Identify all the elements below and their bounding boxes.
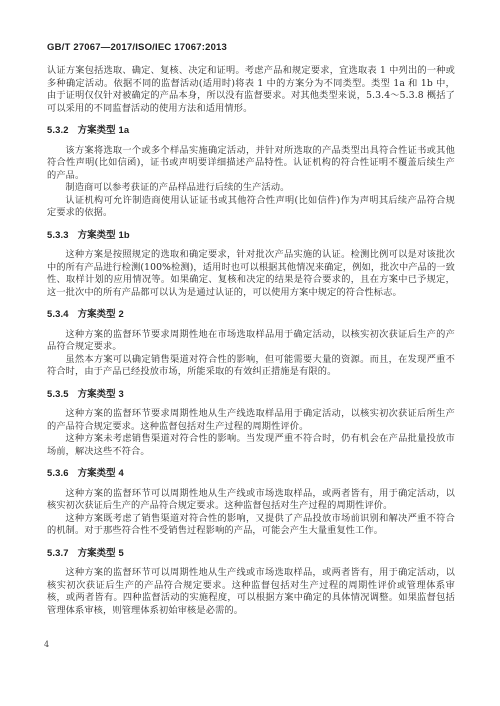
body-paragraph: 认证方案包括选取、确定、复核、决定和证明。考虑产品和规定要求，宜选取表 1 中列… (47, 65, 455, 115)
section-title: 方案类型 4 (78, 467, 124, 478)
body-paragraph: 这种方案的监督环节要求周期性地在市场选取样品用于确定活动，以核实初次获证后生产的… (47, 329, 455, 354)
section-number: 5.3.7 (47, 547, 69, 558)
section-number: 5.3.3 (47, 229, 69, 240)
section-number: 5.3.2 (47, 124, 69, 135)
body-paragraph: 这种方案既考虑了销售渠道对符合性的影响，又提供了产品投放市场前识别和解决严重不符… (47, 513, 455, 538)
section-title: 方案类型 2 (78, 308, 124, 319)
section-heading: 5.3.5方案类型 3 (47, 388, 455, 401)
section-heading: 5.3.7方案类型 5 (47, 547, 455, 560)
body-paragraph: 这种方案的监督环节可以周期性地从生产线或市场选取样品，或两者皆有，用于确定活动，… (47, 567, 455, 617)
section-title: 方案类型 3 (78, 388, 124, 399)
body-paragraph: 制造商可以参考获证的产品样品进行后续的生产活动。 (47, 182, 455, 195)
body-paragraph: 这种方案未考虑销售渠道对符合性的影响。当发现严重不符合时，仍有机会在产品批量投放… (47, 433, 455, 458)
body-paragraph: 虽然本方案可以确定销售渠道对符合性的影响，但可能需要大量的资源。而且，在发现严重… (47, 354, 455, 379)
page-number: 4 (44, 640, 49, 649)
section-heading: 5.3.2方案类型 1a (47, 124, 455, 137)
section-title: 方案类型 1b (78, 229, 130, 240)
section-title: 方案类型 5 (78, 547, 124, 558)
section-number: 5.3.6 (47, 467, 69, 478)
body-paragraph: 这种方案的监督环节要求周期性地从生产线选取样品用于确定活动，以核实初次获证后所生… (47, 408, 455, 433)
body-paragraph: 认证机构可允许制造商使用认证证书或其他符合性声明(比如信件)作为声明其后续产品符… (47, 195, 455, 220)
body-paragraph: 这种方案是按照规定的选取和确定要求，针对批次产品实施的认证。检测比例可以是对该批… (47, 249, 455, 299)
section-heading: 5.3.4方案类型 2 (47, 308, 455, 321)
standard-number-header: GB/T 27067—2017/ISO/IEC 17067:2013 (47, 42, 455, 53)
section-heading: 5.3.6方案类型 4 (47, 467, 455, 480)
section-heading: 5.3.3方案类型 1b (47, 229, 455, 242)
document-body: 认证方案包括选取、确定、复核、决定和证明。考虑产品和规定要求，宜选取表 1 中列… (47, 65, 455, 617)
section-number: 5.3.5 (47, 388, 69, 399)
body-paragraph: 这种方案的监督环节可以周期性地从生产线或市场选取样品，或两者皆有，用于确定活动，… (47, 488, 455, 513)
body-paragraph: 该方案将选取一个或多个样品实施确定活动，并针对所选取的产品类型出具符合性证书或其… (47, 145, 455, 183)
document-page: GB/T 27067—2017/ISO/IEC 17067:2013 认证方案包… (0, 0, 500, 706)
section-number: 5.3.4 (47, 308, 69, 319)
section-title: 方案类型 1a (78, 124, 130, 135)
